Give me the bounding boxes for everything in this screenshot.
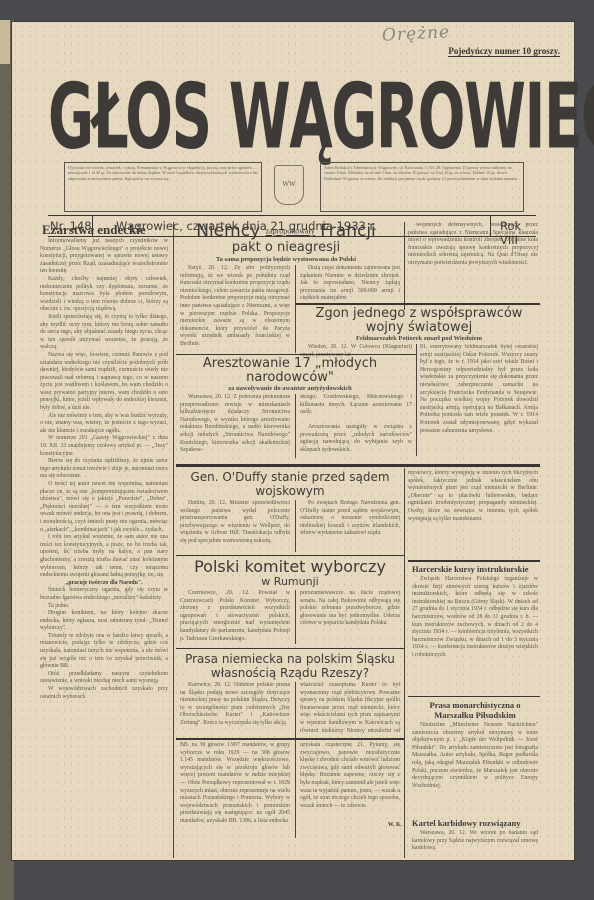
binding-edge-paper xyxy=(0,20,10,64)
section-rule xyxy=(296,303,540,305)
paragraph: W numerze 291 „Gazety Wągrowieckiej" z d… xyxy=(40,435,168,458)
paragraph: Drugim konikiem, na który kolejno skacze… xyxy=(40,610,168,633)
subheadline-niemcy: Ta sama propozycja będzie wystosowana do… xyxy=(176,256,396,263)
article-aresztowanie-col-b: skiego, Gozdowskiego, Malczewskiego i ki… xyxy=(300,394,412,418)
section-rule xyxy=(408,560,540,562)
headline-zgon: Zgon jednego z współsprawców xyxy=(298,306,540,321)
paragraph: Każdy, choćby najmniej obyty człowiek, n… xyxy=(40,276,168,314)
headline-lgarstwa: Ezarstwa endeckie xyxy=(42,222,146,238)
article-polski-komitet-col-a: Czerniowce, 20. 12. Powstał w Czerniowca… xyxy=(180,590,290,642)
article-signature: W. K. xyxy=(372,822,402,832)
column-divider xyxy=(295,394,296,458)
article-harcerskie-body: Związek Harcerstwa Polskiego organizuje … xyxy=(412,576,538,692)
masthead-title: GŁOS WĄGROWIECKI xyxy=(48,66,401,170)
article-zgon-col-b: 81, emerytowany feldmarszałek byłej cesa… xyxy=(420,344,538,456)
headline-polski-komitet: Polski komitet wyborczy xyxy=(176,557,404,576)
headline-prasa-monarchistyczna: Prasa monarchistyczna o Marszałku Piłsud… xyxy=(410,700,540,720)
article-niemcy-col-c: wojennych defensywnych, posiadanych prze… xyxy=(408,222,538,300)
paragraph: Otóż przedkładamy naszym czytelnikom zes… xyxy=(40,671,168,686)
headline-oduffy-line2: wojskowym xyxy=(176,484,404,498)
column-divider xyxy=(295,590,296,644)
subheadline-aresztowanie: za nawoływanie do awantur antyżydowskich xyxy=(176,385,404,392)
headline-aresztowanie: Aresztowanie 17 „młodych xyxy=(176,356,404,371)
article-niemcy-col-b: Dużą część dokumentu zajmowana jest żąda… xyxy=(300,265,400,303)
town-crest-icon: WW xyxy=(274,165,304,205)
section-rule xyxy=(176,738,404,740)
column-divider xyxy=(295,265,296,353)
headline-aresztowanie-line2: narodowców" xyxy=(176,370,404,385)
headline-kartel: Kartel karbidowy rozwiązany xyxy=(412,818,520,828)
article-oduffy-col-a: Dublin, 20. 12. Minister sprawiedliwości… xyxy=(180,500,290,550)
column-divider xyxy=(295,500,296,552)
column-divider xyxy=(173,222,174,858)
headline-prasa-niemiecka: Prasa niemiecka na polskim Śląsku xyxy=(176,652,404,666)
headline-polski-komitet-line2: w Rumunji xyxy=(176,575,404,588)
price-note: Pojedyńczy numer 10 groszy. xyxy=(448,46,560,57)
article-lgarstwa-body: Informowaliśmy już naszych czytelników w… xyxy=(40,238,168,858)
section-rule xyxy=(176,354,416,355)
headline-niemcy: Niemcy zaproponowały Francji xyxy=(176,221,396,241)
column-divider xyxy=(295,682,296,838)
article-kartel-body: Warszawa, 20. 12. We wtorek po badaniu s… xyxy=(412,830,538,860)
article-oduffy-col-b: Po świętach Bożego Narodzenia gen. O'Duf… xyxy=(300,500,400,550)
paragraph: Jeżeli sprzeciwiają się, to czynią to ty… xyxy=(40,314,168,352)
headline-part: Niemcy xyxy=(196,221,260,241)
paragraph: I robi ten artykuł wrażenie, że sam auto… xyxy=(40,534,168,580)
column-divider xyxy=(404,468,405,858)
editorial-address-box: Adres Redakcji i Administracji: Wągrowie… xyxy=(320,162,524,212)
section-rule xyxy=(408,696,540,697)
article-aresztowanie-col-c: Aresztowania nastąpiły w związku z prowa… xyxy=(300,424,412,458)
headline-prasa-niemiecka-line2: własnością Rządu Rzeszy? xyxy=(176,666,404,680)
headline-niemcy-line2: pakt o nieagresji xyxy=(176,240,396,255)
subheadline-zgon: Feldmarszałek Potiorek zmarł pod Wiednie… xyxy=(298,335,540,342)
paragraph: O treści tej autor nawet nie wspomina, n… xyxy=(40,481,168,534)
headline-part: Francji xyxy=(320,221,376,241)
article-niemcy-col-a: Paryż, 20. 12. Ze sfer politycznych info… xyxy=(180,265,290,351)
paragraph: Śmiech homeryczny ogarnia, gdy się czyta… xyxy=(40,587,168,602)
paragraph: Ale nie mówimy o tem, aby w was budzić w… xyxy=(40,413,168,436)
headline-part: zaproponowały xyxy=(266,227,315,236)
paragraph: Informowaliśmy już naszych czytelników w… xyxy=(40,238,168,276)
newspaper-page: Orężne Pojedyńczy numer 10 groszy. GŁOS … xyxy=(12,22,574,860)
article-prasa-niemiecka-col-a: Katowice, 20. 12. Niektóre polskie pisma… xyxy=(180,682,290,734)
paragraph: W województwach zachodnich uzyskało przy… xyxy=(40,686,168,701)
paragraph: Ta jedno. xyxy=(40,603,168,611)
article-prasa-niemiecka-col-b: właściciel czasopisma Kurier to był wyzn… xyxy=(300,682,400,734)
headline-harcerskie: Harcerskie kursy instruktorskie xyxy=(412,564,528,574)
article-wybory-col-b: uzyskała cząstecznie 21. Pytamy, się zwy… xyxy=(300,742,400,822)
column-divider xyxy=(416,344,417,456)
paragraph: Nazwa się więc, bowiem, czemuż Panowie z… xyxy=(40,352,168,413)
subscription-info-box: Wychodzi we wtorek, czwartek i sobotę. P… xyxy=(64,162,262,212)
article-wybory-col-a: BB. na 30 głosów 1.907 mandatów, w grupy… xyxy=(180,742,290,838)
headline-zgon-line2: wojny światowej xyxy=(298,320,540,335)
article-prasa-monarchistyczna-body: Niedzielne „Münchener Neueste Nachrichte… xyxy=(412,722,538,810)
section-rule xyxy=(176,464,540,467)
article-aresztowanie-col-a: Warszawa, 20. 12. Z polecenia prokurator… xyxy=(180,394,290,458)
column-divider xyxy=(404,222,405,310)
section-rule xyxy=(176,648,404,649)
headline-oduffy: Gen. O'Duffy stanie przed sądem xyxy=(176,470,404,484)
article-prasa-continued: myslowcy, którzy występują w imieniu tyc… xyxy=(408,470,538,552)
paragraph: Bierze się do czytania sądziliśmy, że uj… xyxy=(40,458,168,481)
article-polski-komitet-col-b: porozumiewawcze na liście rządowej senat… xyxy=(300,590,400,642)
paragraph: Triumfy te zdobyte ona w bardzo łatwy sp… xyxy=(40,633,168,671)
section-rule xyxy=(176,555,404,556)
handwritten-note: Orężne xyxy=(382,22,451,46)
